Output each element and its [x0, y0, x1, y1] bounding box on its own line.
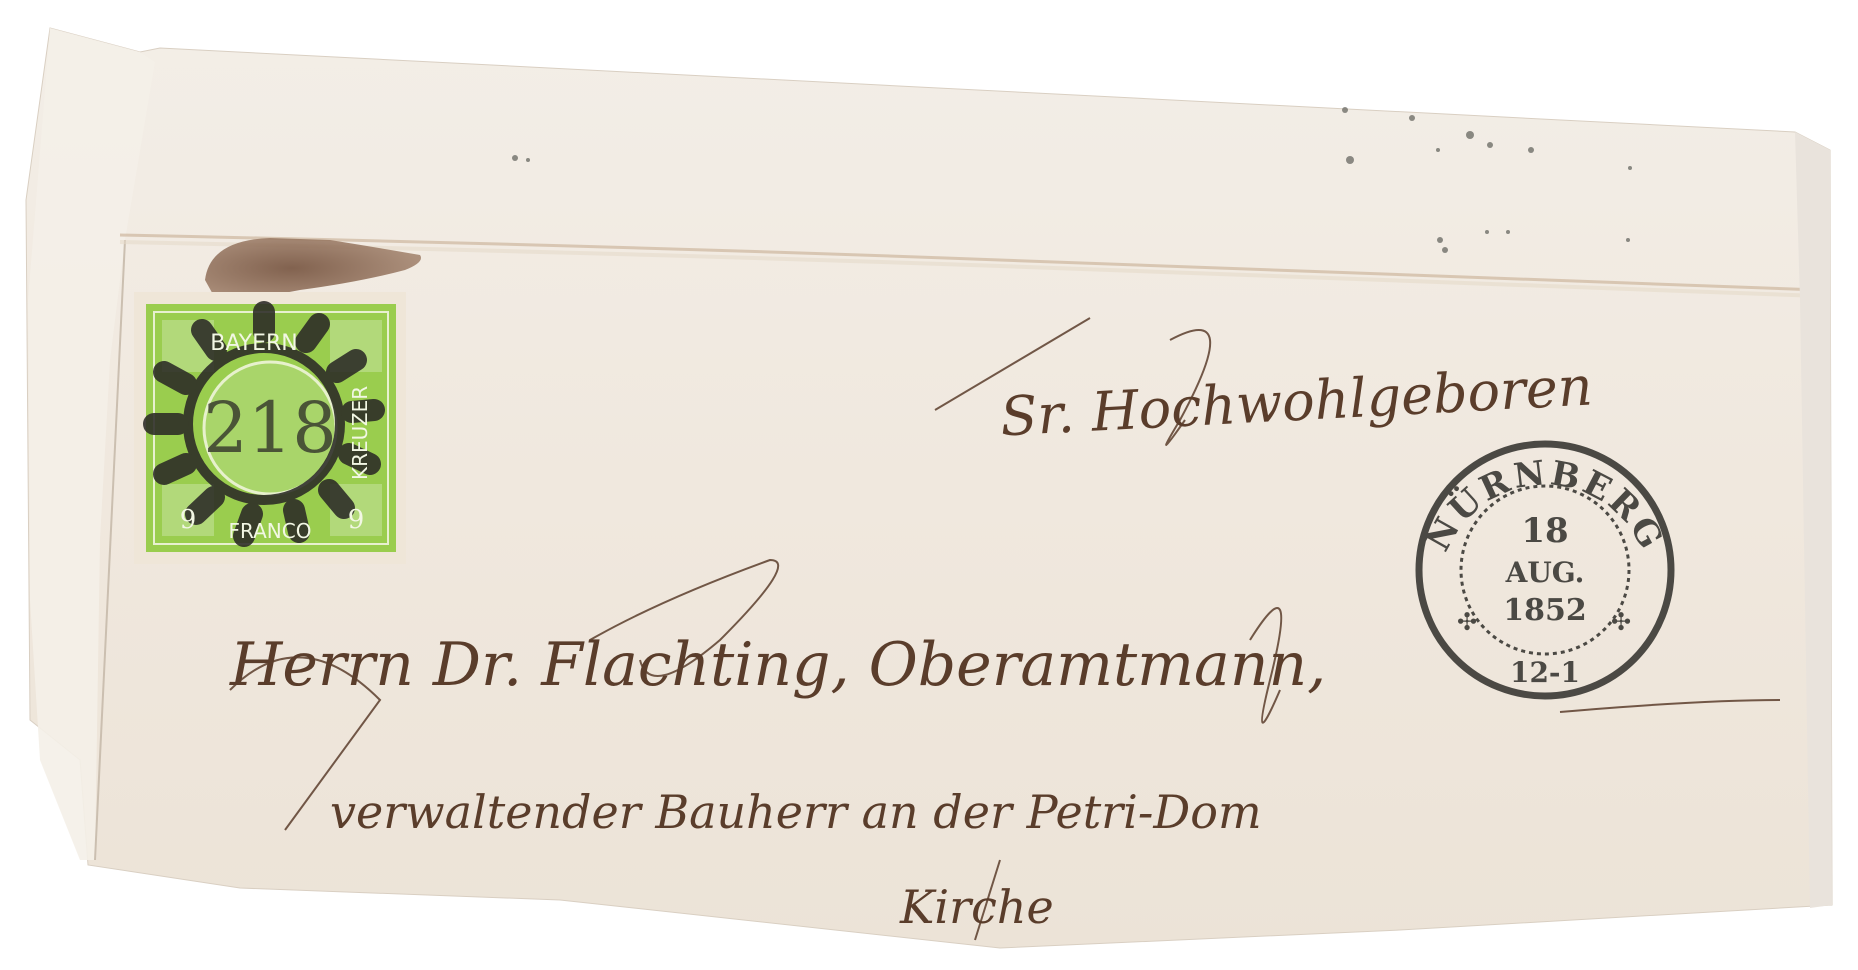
cancel-number: 218	[203, 387, 337, 469]
stamp: 218 BAYERN FRANCO KREUZER 9 9	[134, 292, 406, 564]
address-line-recipient: Herrn Dr. Flachting, Oberamtmann,	[230, 630, 1326, 700]
stamp-corner-numeral: 9	[180, 505, 197, 535]
stamp-country-text: BAYERN	[210, 331, 298, 356]
postal-cover-scan: 218 BAYERN FRANCO KREUZER 9 9 NÜRNBERG 1…	[0, 0, 1858, 970]
stamp-franco-text: FRANCO	[229, 519, 312, 543]
stamp-kreuzer-text: KREUZER	[348, 386, 372, 480]
address-line-title: verwaltender Bauherr an der Petri-Dom	[330, 785, 1262, 839]
svg-text:✣: ✣	[1457, 608, 1477, 636]
postmark-day: 18	[1521, 511, 1568, 551]
postmark-year: 1852	[1503, 593, 1587, 628]
address-line-church: Kirche	[900, 880, 1054, 934]
postmark-time: 12-1	[1510, 656, 1580, 689]
postmark-month: AUG.	[1505, 556, 1585, 589]
svg-text:✣: ✣	[1611, 608, 1631, 636]
stamp-corner-numeral: 9	[348, 505, 365, 535]
